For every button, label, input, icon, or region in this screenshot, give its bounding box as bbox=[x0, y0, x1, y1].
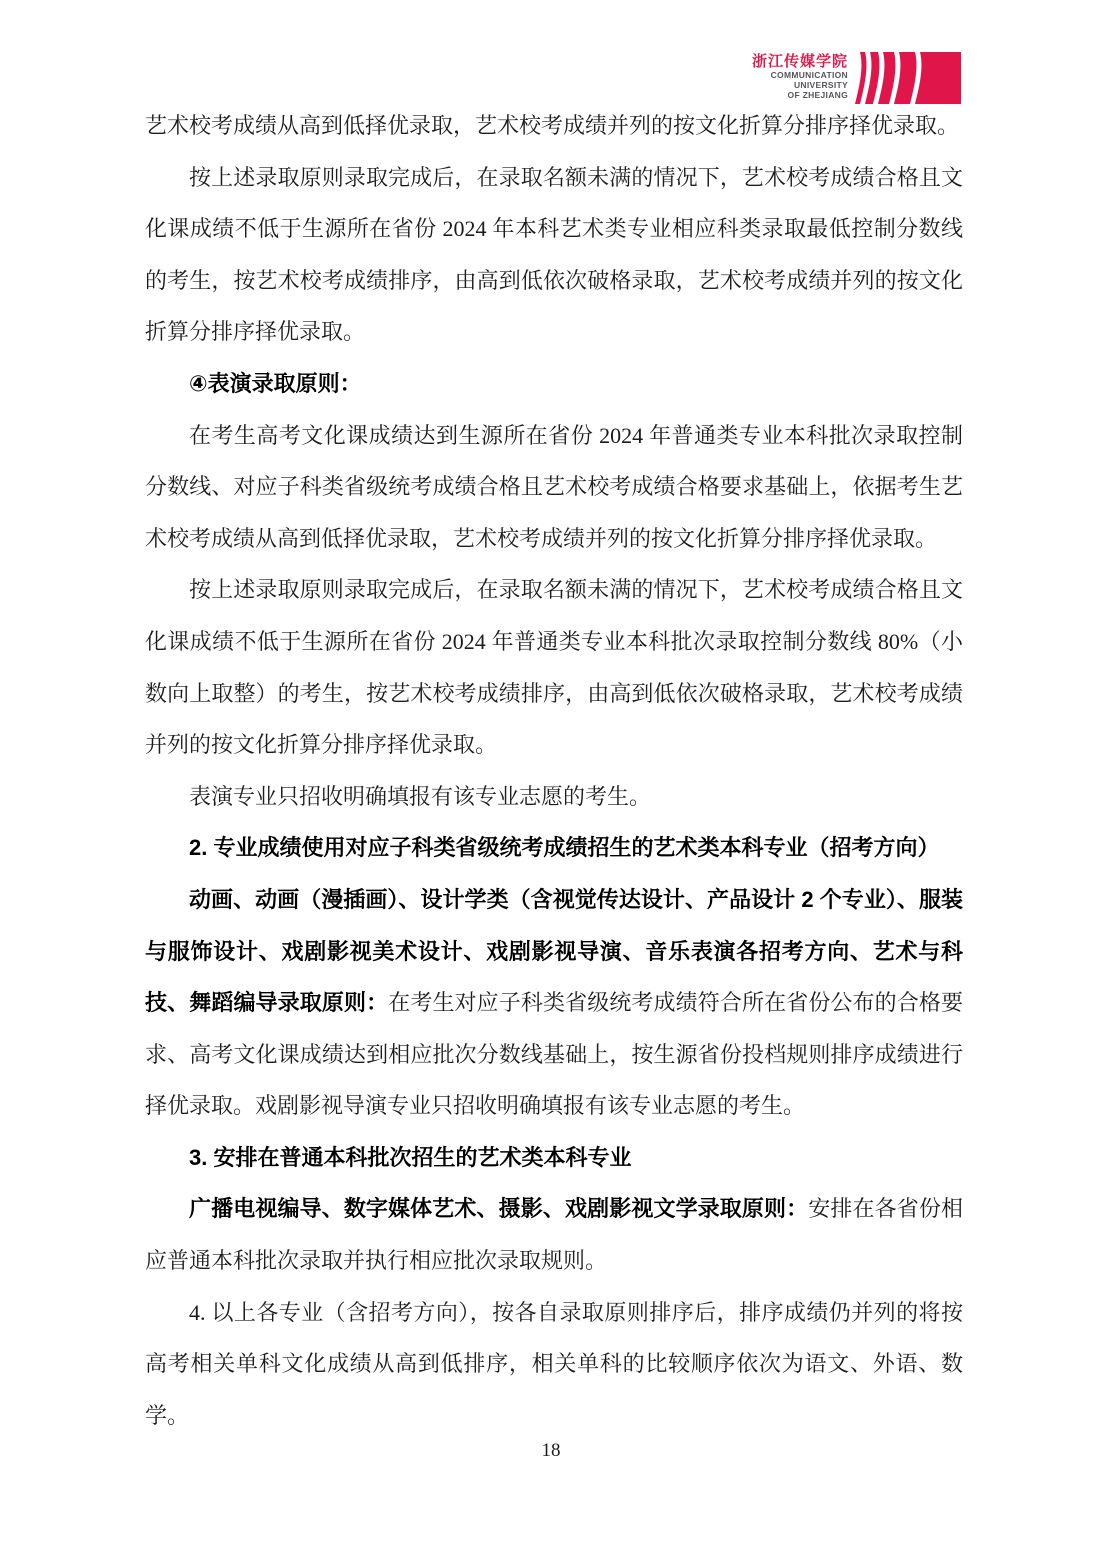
paragraph: 艺术校考成绩从高到低择优录取，艺术校考成绩并列的按文化折算分排序择优录取。 bbox=[145, 100, 963, 152]
paragraph-text: 艺术校考成绩从高到低择优录取，艺术校考成绩并列的按文化折算分排序择优录取。 bbox=[145, 113, 959, 138]
logo-text-block: 浙江传媒学院 COMMUNICATION UNIVERSITY OF ZHEJI… bbox=[750, 52, 848, 100]
section-heading-performance-rule: ④表演录取原则： bbox=[145, 358, 963, 410]
logo-cn-name: 浙江传媒学院 bbox=[750, 52, 848, 70]
paragraph-text: 在考生高考文化课成绩达到生源所在省份 2024 年普通类专业本科批次录取控制分数… bbox=[145, 423, 963, 551]
paragraph-text: 4. 以上各专业（含招考方向），按各自录取原则排序后，排序成绩仍并列的将按高考相… bbox=[145, 1300, 963, 1428]
university-logo: 浙江传媒学院 COMMUNICATION UNIVERSITY OF ZHEJI… bbox=[750, 52, 961, 104]
logo-en-line1: COMMUNICATION bbox=[750, 70, 848, 80]
paragraph: 动画、动画（漫插画）、设计学类（含视觉传达设计、产品设计 2 个专业）、服装与服… bbox=[145, 874, 963, 1132]
document-page: 浙江传媒学院 COMMUNICATION UNIVERSITY OF ZHEJI… bbox=[0, 0, 1102, 1559]
radio-wave-icon bbox=[855, 52, 961, 104]
paragraph: 按上述录取原则录取完成后，在录取名额未满的情况下，艺术校考成绩合格且文化课成绩不… bbox=[145, 152, 963, 358]
logo-en-line2: UNIVERSITY bbox=[750, 80, 848, 90]
heading-text: ④表演录取原则： bbox=[189, 371, 362, 396]
paragraph: 表演专业只招收明确填报有该专业志愿的考生。 bbox=[145, 771, 963, 823]
paragraph: 按上述录取原则录取完成后，在录取名额未满的情况下，艺术校考成绩合格且文化课成绩不… bbox=[145, 564, 963, 770]
page-number: 18 bbox=[0, 1440, 1102, 1462]
logo-en-line3: OF ZHEJIANG bbox=[750, 90, 848, 100]
paragraph-text: 按上述录取原则录取完成后，在录取名额未满的情况下，艺术校考成绩合格且文化课成绩不… bbox=[145, 165, 963, 345]
paragraph: 广播电视编导、数字媒体艺术、摄影、戏剧影视文学录取原则：安排在各省份相应普通本科… bbox=[145, 1183, 963, 1286]
paragraph-text: 按上述录取原则录取完成后，在录取名额未满的情况下，艺术校考成绩合格且文化课成绩不… bbox=[145, 577, 963, 757]
section-heading-item-3: 3. 安排在普通本科批次招生的艺术类本科专业 bbox=[145, 1132, 963, 1184]
paragraph-text: 表演专业只招收明确填报有该专业志愿的考生。 bbox=[189, 784, 651, 809]
paragraph: 4. 以上各专业（含招考方向），按各自录取原则排序后，排序成绩仍并列的将按高考相… bbox=[145, 1287, 963, 1442]
paragraph: 在考生高考文化课成绩达到生源所在省份 2024 年普通类专业本科批次录取控制分数… bbox=[145, 410, 963, 565]
heading-text: 3. 安排在普通本科批次招生的艺术类本科专业 bbox=[189, 1145, 631, 1170]
paragraph-bold-lead: 广播电视编导、数字媒体艺术、摄影、戏剧影视文学录取原则： bbox=[189, 1196, 808, 1221]
document-body: 艺术校考成绩从高到低择优录取，艺术校考成绩并列的按文化折算分排序择优录取。 按上… bbox=[145, 100, 963, 1441]
heading-text: 2. 专业成绩使用对应子科类省级统考成绩招生的艺术类本科专业（招考方向） bbox=[189, 835, 939, 860]
section-heading-item-2: 2. 专业成绩使用对应子科类省级统考成绩招生的艺术类本科专业（招考方向） bbox=[145, 822, 963, 874]
